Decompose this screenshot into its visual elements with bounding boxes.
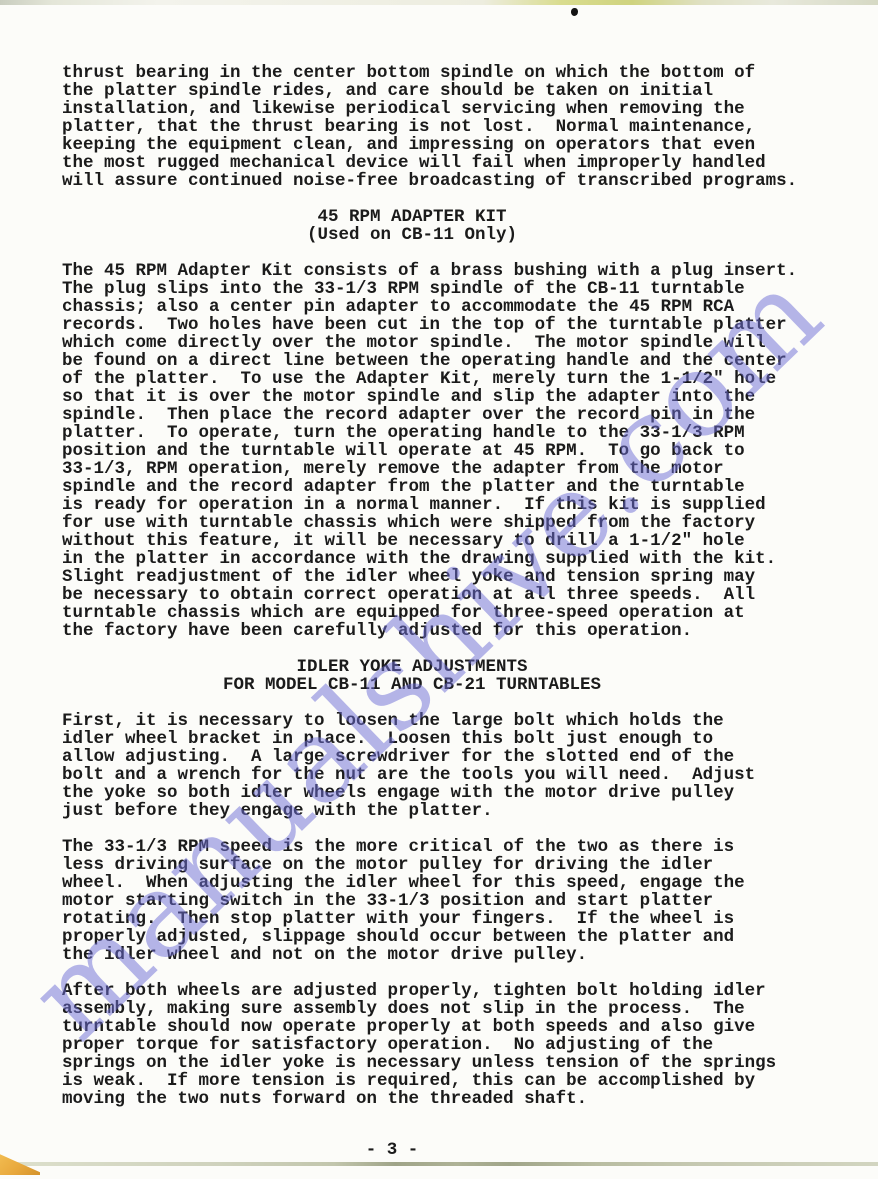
paragraph-adapter-kit-body: The 45 RPM Adapter Kit consists of a bra…	[62, 262, 834, 640]
paragraph-after-adjustment: After both wheels are adjusted properly,…	[62, 982, 834, 1108]
heading-line-subtitle: (Used on CB-11 Only)	[62, 226, 762, 244]
page-number: - 3 -	[62, 1140, 722, 1160]
heading-line-title: IDLER YOKE ADJUSTMENTS	[62, 658, 762, 676]
document-body: thrust bearing in the center bottom spin…	[62, 64, 834, 1126]
scan-edge-artifact-bottom	[0, 1162, 878, 1166]
paragraph-thrust-bearing: thrust bearing in the center bottom spin…	[62, 64, 834, 190]
scan-edge-artifact-top	[0, 0, 878, 5]
scanned-manual-page: manualshive.com thrust bearing in the ce…	[0, 0, 878, 1179]
section-heading-idler-yoke-adjustments: IDLER YOKE ADJUSTMENTS FOR MODEL CB-11 A…	[62, 658, 762, 694]
paragraph-33rpm-speed: The 33-1/3 RPM speed is the more critica…	[62, 838, 834, 964]
heading-line-subtitle: FOR MODEL CB-11 AND CB-21 TURNTABLES	[62, 676, 762, 694]
paragraph-loosen-bolt: First, it is necessary to loosen the lar…	[62, 712, 834, 820]
section-heading-45rpm-adapter-kit: 45 RPM ADAPTER KIT (Used on CB-11 Only)	[62, 208, 762, 244]
heading-line-title: 45 RPM ADAPTER KIT	[62, 208, 762, 226]
ink-dot-artifact	[571, 8, 578, 16]
